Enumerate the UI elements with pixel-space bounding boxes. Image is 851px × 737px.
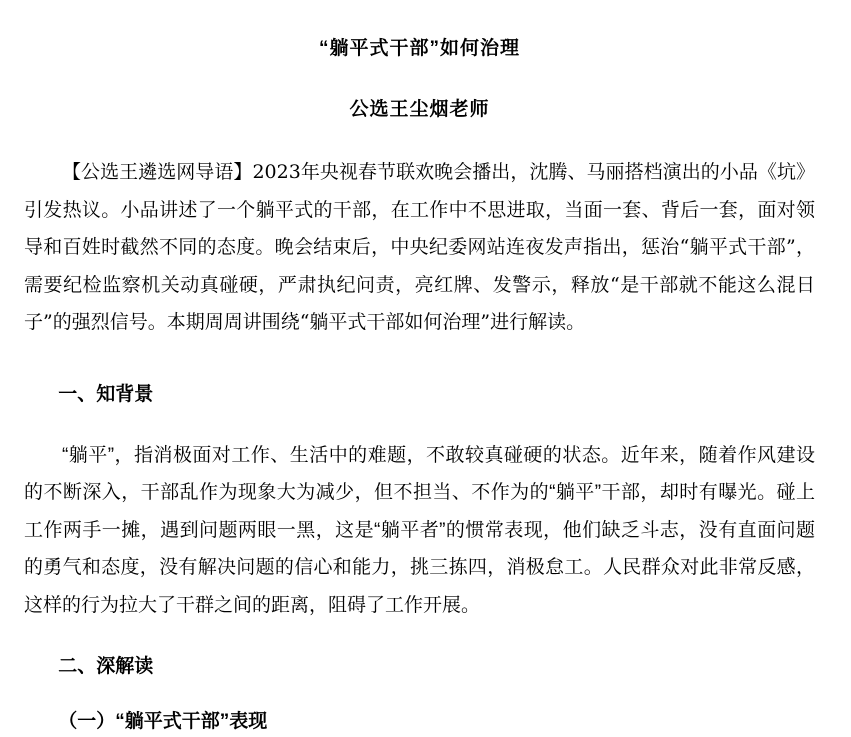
section-paragraph-know-background: “躺平”，指消极面对工作、生活中的难题，不敢较真碰硬的状态。近年来，随着作风建设…: [24, 437, 815, 625]
section-heading-deep-interpretation: 二、深解读: [24, 648, 815, 685]
subsection-heading-lying-flat-cadre-manifestation: （一）“躺平式干部”表现: [24, 703, 815, 737]
document-title: “躺平式干部”如何治理: [24, 30, 815, 67]
document-page: “躺平式干部”如何治理 公选王尘烟老师 【公选王遴选网导语】2023年央视春节联…: [0, 0, 851, 737]
intro-paragraph: 【公选王遴选网导语】2023年央视春节联欢晚会播出，沈腾、马丽搭档演出的小品《坑…: [24, 154, 815, 342]
section-heading-know-background: 一、知背景: [24, 376, 815, 413]
document-author: 公选王尘烟老师: [24, 91, 815, 128]
